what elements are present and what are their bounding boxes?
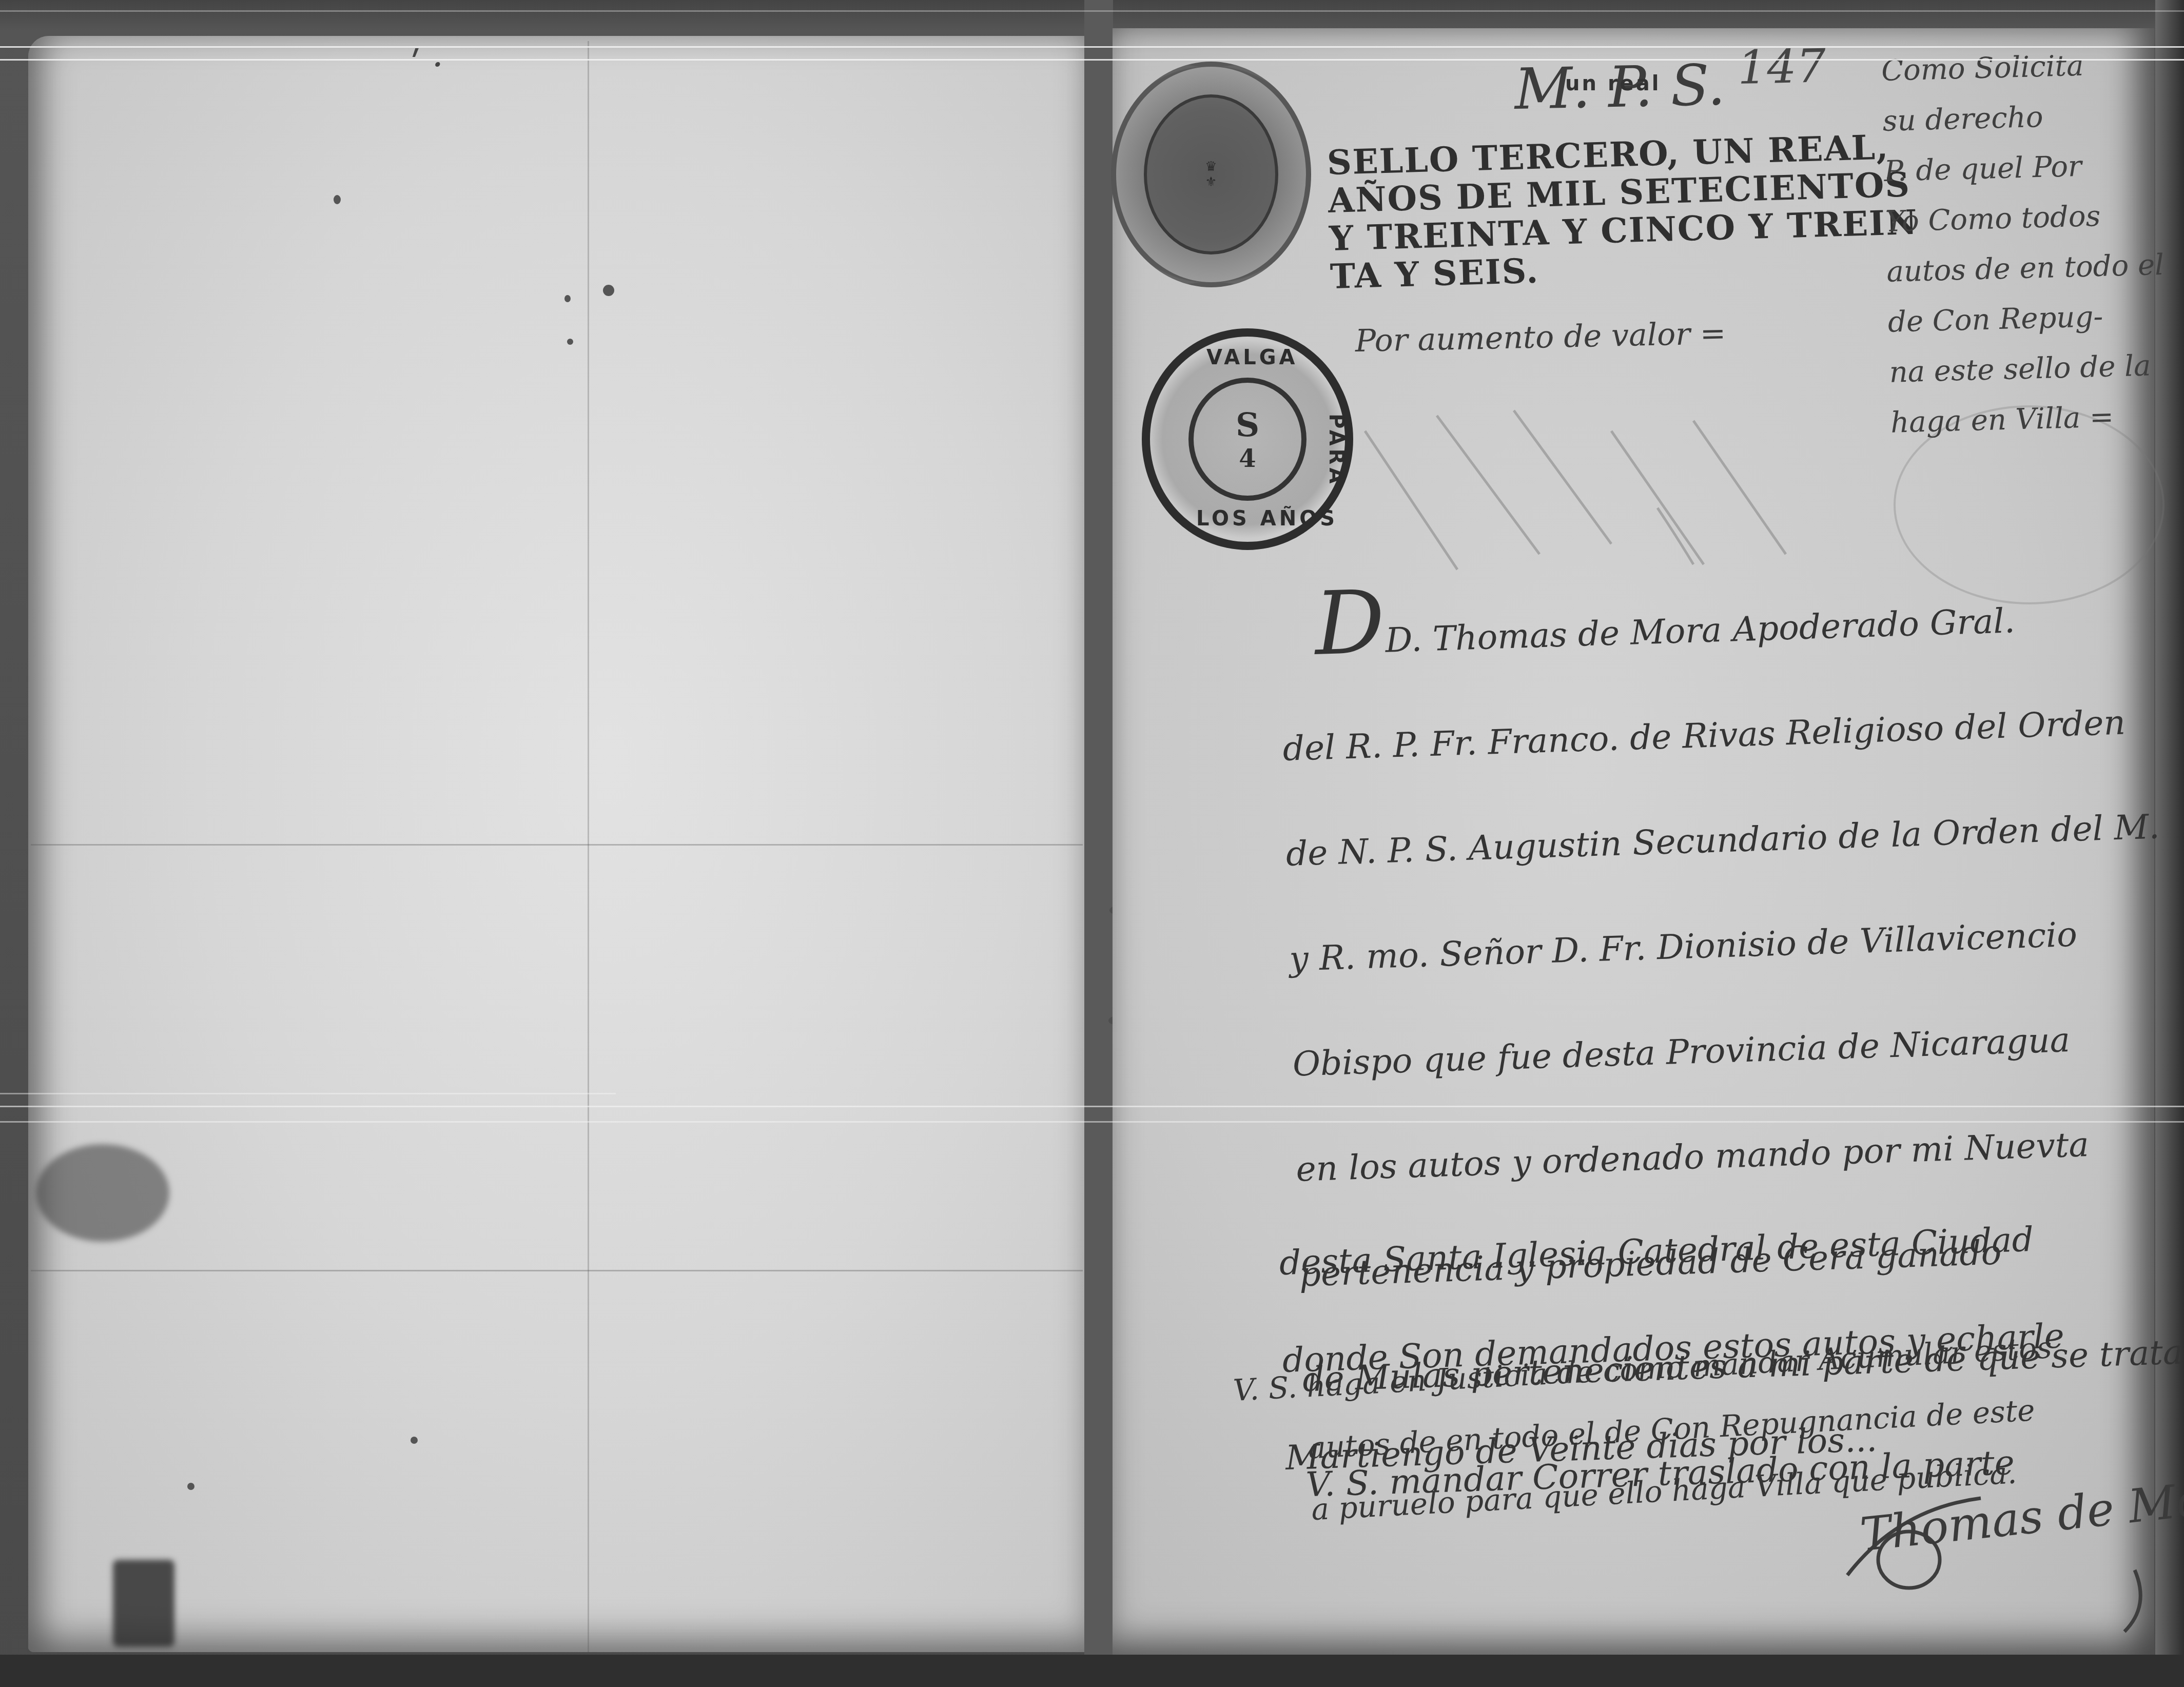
margin-note-line: autos de en todo el (1886, 240, 2164, 298)
ink-spot (411, 1437, 418, 1444)
margin-note-line: Yo Como todos (1885, 190, 2163, 247)
stamped-paper-header: SELLO TERCERO, UN REAL, AÑOS DE MIL SETE… (1327, 126, 1946, 295)
fold-line-horizontal (31, 1270, 1083, 1271)
royal-seal-stamp: ♛⚜ (1111, 62, 1311, 287)
seal-center: S 4 (1188, 378, 1306, 501)
ink-spot (567, 339, 573, 345)
seal-ring-bottom: LOS AÑOS (1196, 507, 1338, 531)
ink-stain (36, 1144, 169, 1242)
fold-line-vertical (588, 41, 589, 1652)
seal-center-number: 4 (1239, 444, 1256, 473)
bleed-through-strokes (1344, 400, 1858, 595)
margin-note-line: su derecho (1882, 89, 2161, 147)
drop-cap: D (1313, 572, 1386, 675)
scan-scratch (0, 1106, 2184, 1107)
scan-scratch (0, 1121, 2184, 1123)
corner-stain (113, 1560, 174, 1647)
ink-spot (564, 295, 571, 302)
seal-center-letter: S (1236, 406, 1259, 444)
margin-note-line: P. de quel Por (1883, 140, 2162, 197)
seal-ring-top: VALGA (1206, 346, 1298, 369)
book-spine (1084, 0, 1113, 1687)
margin-note-line: de Con Repug- (1887, 290, 2166, 348)
margin-note-line: na este sello de la (1888, 341, 2167, 398)
scan-scratch (0, 10, 2184, 12)
ink-spot (334, 195, 341, 204)
scan-scratch (0, 1093, 616, 1094)
revalidation-seal-stamp: VALGA PARA LOS AÑOS S 4 (1142, 328, 1353, 550)
ink-spot (187, 1483, 194, 1490)
fold-line-horizontal (31, 844, 1083, 846)
crown-arms-icon: ♛⚜ (1144, 94, 1278, 254)
page-edge-bottom (0, 1655, 2184, 1687)
scan-scratch (0, 59, 2184, 61)
folio-small-print: un real (1565, 72, 1661, 95)
scan-scratch (0, 46, 2184, 48)
margin-note: Como Solicita su derecho P. de quel Por … (1881, 39, 2169, 448)
ink-spot (603, 285, 614, 296)
margin-note-line: haga en Villa = (1890, 391, 2169, 448)
left-page-mark: ʹ · (411, 44, 443, 86)
